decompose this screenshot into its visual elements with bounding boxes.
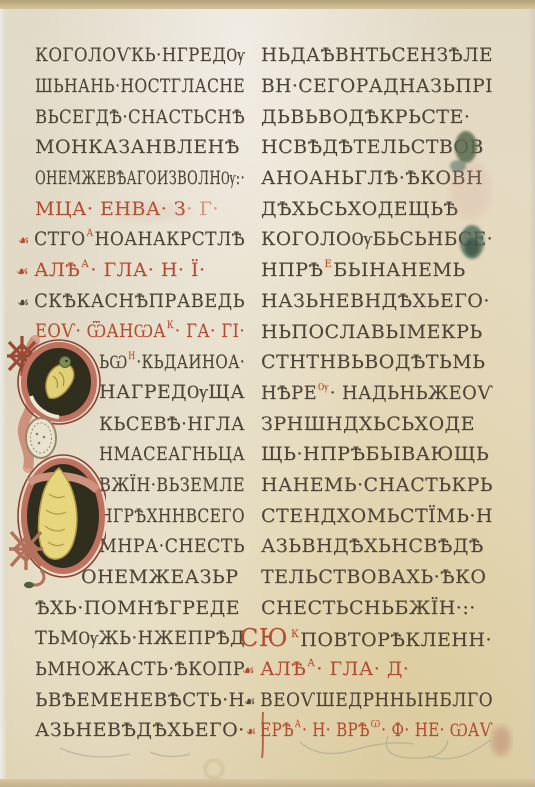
text-line-content: НЬПОСЛАВЬІМЕКРЬ [261, 321, 483, 343]
text-run: ПОВТОРѢКЛЕНН· [300, 629, 492, 651]
text-line: НСВѢДѢТЕЛЬСТВОВ [261, 132, 493, 163]
text-line: НАЗЬНЕВНДѢХЬЕГО· [261, 286, 493, 317]
text-line: СНЕСТЬСНЬБЖЇН·:· [261, 592, 493, 623]
text-line-content: СНЕСТЬСНЬБЖЇН·:· [261, 597, 476, 619]
text-run: · Ф· НЕ· ѠАѴ [381, 719, 493, 741]
text-line-content: СЮКПОВТОРѢКЛЕНН· [261, 624, 492, 652]
text-line-content: КОГОЛОѸБЬСЬНБСЕ· [261, 228, 493, 251]
text-run: · ГЛА· Н· Ї· [90, 259, 205, 281]
text-run: АЗЬВНДѢХЬНСВѢДѢ [261, 535, 484, 557]
text-line-content: ЬВѢЕМЕНЕВѢСТЬ·Н [35, 689, 245, 711]
text-run: АЛѢ [34, 259, 80, 281]
text-run: ДЬВЬВОДѢКРЬСТЕ· [261, 106, 470, 128]
text-line: ☙СКѢКАСНѢПРАВЕДЬ [35, 286, 245, 317]
text-run: АЗЬНЕВѢДѢХЬЕГО· [35, 719, 245, 741]
text-line: МОНКАЗАНВЛЕНѢ [35, 132, 245, 163]
text-line: НѢРЕѸ· НАДЬНЬЖЕОѴ [261, 378, 493, 409]
text-line-content: ☙АЛѢА· ГЛА· Д· [261, 658, 409, 680]
text-run: Н [128, 351, 135, 362]
text-line: ☙АЛѢА· ГЛА· Д· [261, 654, 493, 685]
text-line-content: ☙ВЕОѴШЕДРННЬІНБЛГО [261, 689, 493, 711]
text-run: МОНКАЗАНВЛЕНѢ [35, 136, 240, 158]
manuscript-page: КОГОЛОѴКЬ·НГРЕДѸШЬНАНЬ·НОСТГЛАСНЕВЬСЕГДѢ… [0, 0, 535, 787]
initial-tail [24, 570, 44, 588]
red-smudge-bottom-right [491, 726, 511, 756]
text-line-content: ТЬМѸЖЬ·НЖЕПРѢД [35, 627, 245, 650]
text-line-content: ОНЕМЖЕВѢАГОИЗВОЛНѸ:· [35, 167, 245, 190]
text-run: СНЕСТЬСНЬБЖЇН·:· [261, 597, 476, 619]
text-line-content: ☙СКѢКАСНѢПРАВЕДЬ [35, 290, 245, 312]
text-run: · ГА· ГІ· [175, 320, 245, 342]
text-line-content: СТЕНДХОМЬСТЇМЬ·Н [261, 505, 493, 527]
text-line-content: ѢХЬ·ПОМНѢГРЕДЕ [35, 597, 240, 619]
text-line-content: МНРА·СНЕСТЬ [99, 535, 245, 557]
text-line-content: ☙ЕРѢА· Н· ВРѢѠ· Ф· НЕ· ѠАѴ [261, 719, 493, 742]
text-line-content: НГРѢХННВСЕГО [99, 505, 245, 527]
text-run: ОНЕМЖЕВѢАГОИЗВОЛНѸ:· [35, 167, 245, 189]
text-line: ЬМНОЖАСТЬ·ѢКОПР [35, 654, 245, 685]
text-line-content: ЗРНШНДХЬСЬХОДЕ [261, 413, 475, 435]
text-run: Ѹ [318, 382, 329, 393]
text-run: А [307, 658, 315, 669]
text-line-content: ВЬСЕГДѢ·СНАСТЬСНѢ [35, 106, 245, 128]
text-run: НѢРЕ [261, 382, 317, 404]
text-line: ☙ВЕОѴШЕДРННЬІНБЛГО [261, 684, 493, 715]
paragraph-fleuron: ☙ [246, 724, 256, 740]
text-line: СТНТНВЬВОДѢТЬМЬ [261, 347, 493, 378]
text-line-content: НСВѢДѢТЕЛЬСТВОВ [261, 136, 484, 158]
text-line-content: ТЕЛЬСТВОВАХЬ·ѢКО [261, 566, 486, 588]
text-line-content: МЦА· ЕНВА· З· Г· [35, 198, 219, 220]
text-line-content: НАЗЬНЕВНДѢХЬЕГО· [261, 290, 490, 312]
page-edge-right [529, 9, 535, 779]
text-run: ѢХЬ·ПОМНѢГРЕДЕ [35, 597, 240, 619]
text-line-content: СТНТНВЬВОДѢТЬМЬ [261, 351, 485, 373]
text-run: К [291, 629, 299, 640]
text-line: АЗЬНЕВѢДѢХЬЕГО· [35, 715, 245, 746]
text-run: А [86, 228, 93, 239]
text-line: НЬПОСЛАВЬІМЕКРЬ [261, 316, 493, 347]
text-line-content: АНОАНЬГЛѢ·ѢКОВН [261, 167, 483, 189]
text-run: · Н· ВРѢ [302, 719, 370, 741]
text-run: · НАДЬНЬЖЕОѴ [330, 382, 493, 404]
text-line: ОНЕМЖЕВѢАГОИЗВОЛНѸ:· [35, 163, 245, 194]
text-line: СТЕНДХОМЬСТЇМЬ·Н [261, 500, 493, 531]
text-line: КОГОЛОѸБЬСЬНБСЕ· [261, 224, 493, 255]
text-run: · ГЛА· Д· [316, 658, 409, 680]
text-run: · Г· [186, 198, 219, 220]
text-run: КОГОЛОѸБЬСЬНБСЕ· [261, 228, 493, 250]
text-run: БЬІНАНЕМЬ [333, 259, 465, 281]
text-run: ·КЬДАИНОА· [136, 351, 245, 373]
text-line: ЩЬ·НПРѢБЬІВАЮЩЬ [261, 439, 493, 470]
text-line: СЮКПОВТОРѢКЛЕНН· [261, 623, 493, 654]
page-edge-top [0, 0, 535, 9]
paragraph-fleuron: ☙ [242, 663, 255, 679]
text-line-content: НПРѢЕБЬІНАНЕМЬ [261, 259, 466, 281]
text-line: ЗРНШНДХЬСЬХОДЕ [261, 408, 493, 439]
text-run: АЛѢ [260, 658, 306, 680]
text-line: ВЬСЕГДѢ·СНАСТЬСНѢ [35, 101, 245, 132]
text-run: ВЕОѴШЕДРННЬІНБЛГО [260, 689, 493, 711]
text-run: ВЖЇН·ВЬЗЕМЛЕ [99, 474, 245, 496]
text-line-content: КОГОЛОѴКЬ·НГРЕДѸ [35, 44, 245, 67]
text-run: К [167, 320, 174, 331]
text-line: ДЬВЬВОДѢКРЬСТЕ· [261, 101, 493, 132]
text-line-content: ЩЬ·НПРѢБЬІВАЮЩЬ [261, 443, 489, 465]
text-line: ВН·СЕГОРАДНАЗЬПРІ [261, 71, 493, 102]
text-line-content: ВН·СЕГОРАДНАЗЬПРІ [261, 75, 493, 97]
text-line: ☙СТГОАНОАНАКРСТЛѢ [35, 224, 245, 255]
text-run: ТЬМѸЖЬ·НЖЕПРѢД [35, 627, 245, 649]
initial-medallion [26, 418, 56, 458]
text-line: ѢХЬ·ПОМНѢГРЕДЕ [35, 592, 245, 623]
text-run: СТЕНДХОМЬСТЇМЬ·Н [261, 505, 493, 527]
paragraph-fleuron: ☙ [18, 233, 30, 249]
text-run: НАЗЬНЕВНДѢХЬЕГО· [261, 290, 490, 312]
text-run: ЩЬ·НПРѢБЬІВАЮЩЬ [261, 443, 489, 465]
right-text-column: НЬДАѢВНТЬСЕНЗѢЛЕВН·СЕГОРАДНАЗЬПРІДЬВЬВОД… [261, 40, 493, 746]
text-run: НГРѢХННВСЕГО [99, 505, 245, 527]
text-run: СТГО [34, 228, 85, 250]
text-line-content: АЗЬВНДѢХЬНСВѢДѢ [261, 535, 484, 557]
text-run: А [295, 719, 301, 730]
text-line-content: ☙АЛѢА· ГЛА· Н· Ї· [35, 259, 206, 281]
text-run: ЬВѢЕМЕНЕВѢСТЬ·Н [35, 689, 245, 711]
text-line: НЬДАѢВНТЬСЕНЗѢЛЕ [261, 40, 493, 71]
text-run: ВН·СЕГОРАДНАЗЬПРІ [261, 75, 493, 97]
text-run: А [81, 259, 89, 270]
text-line-content: НМАСЕАГНЬЦА [99, 443, 245, 465]
illuminated-initial-B [4, 334, 106, 592]
text-run: ДѢХЬСЬХОДЕЩЬѢ [261, 198, 458, 220]
text-line-content: НАНЕМЬ·СНАСТЬКРЬ [261, 474, 493, 496]
text-run: Е [324, 259, 332, 270]
text-line-content: НАГРЕДѸЩА [99, 381, 245, 404]
text-run: НАГРЕДѸЩА [99, 381, 245, 403]
text-line: ТЕЛЬСТВОВАХЬ·ѢКО [261, 562, 493, 593]
text-line-content: ШЬНАНЬ·НОСТГЛАСНЕ [35, 75, 245, 97]
text-run: КЬСЕВѢ·НГЛА [99, 413, 245, 435]
text-line-content: ДѢХЬСЬХОДЕЩЬѢ [261, 198, 458, 220]
text-line: НПРѢЕБЬІНАНЕМЬ [261, 255, 493, 286]
text-line-content: ВЖЇН·ВЬЗЕМЛЕ [99, 474, 245, 496]
text-run: НЬПОСЛАВЬІМЕКРЬ [261, 321, 483, 343]
text-run: Ѡ [371, 719, 381, 730]
text-run: З [174, 198, 186, 220]
initial-bottom-knot [9, 528, 43, 570]
text-line: МЦА· ЕНВА· З· Г· [35, 193, 245, 224]
text-run: НПРѢ [261, 259, 323, 281]
text-run: СКѢКАСНѢПРАВЕДЬ [34, 290, 245, 312]
text-line-content: НѢРЕѸ· НАДЬНЬЖЕОѴ [261, 382, 493, 404]
text-line: ШЬНАНЬ·НОСТГЛАСНЕ [35, 71, 245, 102]
text-line-content: АЗЬНЕВѢДѢХЬЕГО· [35, 719, 245, 741]
paragraph-fleuron: ☙ [244, 694, 256, 710]
text-line: АЗЬВНДѢХЬНСВѢДѢ [261, 531, 493, 562]
text-line-content: КЬСЕВѢ·НГЛА [99, 413, 245, 435]
text-run: ЗРНШНДХЬСЬХОДЕ [261, 413, 475, 435]
text-run: ЕРѢ [260, 719, 294, 741]
text-line: ДѢХЬСЬХОДЕЩЬѢ [261, 193, 493, 224]
text-run: НЬДАѢВНТЬСЕНЗѢЛЕ [261, 44, 493, 66]
text-run: АНОАНЬГЛѢ·ѢКОВН [261, 167, 483, 189]
text-run: ТЕЛЬСТВОВАХЬ·ѢКО [261, 566, 486, 588]
text-run: СЮ [240, 624, 288, 652]
page-edge-bottom [0, 779, 535, 787]
text-run: ВЬСЕГДѢ·СНАСТЬСНѢ [35, 106, 245, 128]
text-line: КОГОЛОѴКЬ·НГРЕДѸ [35, 40, 245, 71]
text-line: ЬВѢЕМЕНЕВѢСТЬ·Н [35, 684, 245, 715]
text-run: НОАНАКРСТЛѢ [95, 228, 245, 250]
text-run: ШЬНАНЬ·НОСТГЛАСНЕ [35, 75, 245, 97]
text-run: МНРА·СНЕСТЬ [99, 535, 245, 557]
text-run: СТНТНВЬВОДѢТЬМЬ [261, 351, 485, 373]
round-stain-bottom [205, 760, 223, 778]
text-run: МЦА· ЕНВА· [35, 198, 174, 220]
paragraph-fleuron: ☙ [17, 295, 29, 311]
text-line: ☙АЛѢА· ГЛА· Н· Ї· [35, 255, 245, 286]
text-run: НСВѢДѢТЕЛЬСТВОВ [261, 136, 484, 158]
text-line: АНОАНЬГЛѢ·ѢКОВН [261, 163, 493, 194]
text-line-content: ЬѠН·КЬДАИНОА· [99, 351, 245, 374]
text-run: НМАСЕАГНЬЦА [99, 443, 245, 465]
text-run: КОГОЛОѴКЬ·НГРЕДѸ [35, 44, 245, 66]
text-line: ТЬМѸЖЬ·НЖЕПРѢД [35, 623, 245, 654]
paragraph-fleuron: ☙ [16, 264, 29, 280]
text-line-content: НЬДАѢВНТЬСЕНЗѢЛЕ [261, 44, 493, 66]
text-line: НАНЕМЬ·СНАСТЬКРЬ [261, 470, 493, 501]
text-line-content: МОНКАЗАНВЛЕНѢ [35, 136, 240, 158]
text-line-content: ДЬВЬВОДѢКРЬСТЕ· [261, 106, 470, 128]
text-run: НАНЕМЬ·СНАСТЬКРЬ [261, 474, 493, 496]
text-line: ☙ЕРѢА· Н· ВРѢѠ· Ф· НЕ· ѠАѴ [261, 715, 493, 746]
text-run: ЬМНОЖАСТЬ·ѢКОПР [35, 658, 245, 680]
text-line-content: ☙СТГОАНОАНАКРСТЛѢ [35, 228, 245, 250]
text-line-content: ЬМНОЖАСТЬ·ѢКОПР [35, 658, 245, 680]
